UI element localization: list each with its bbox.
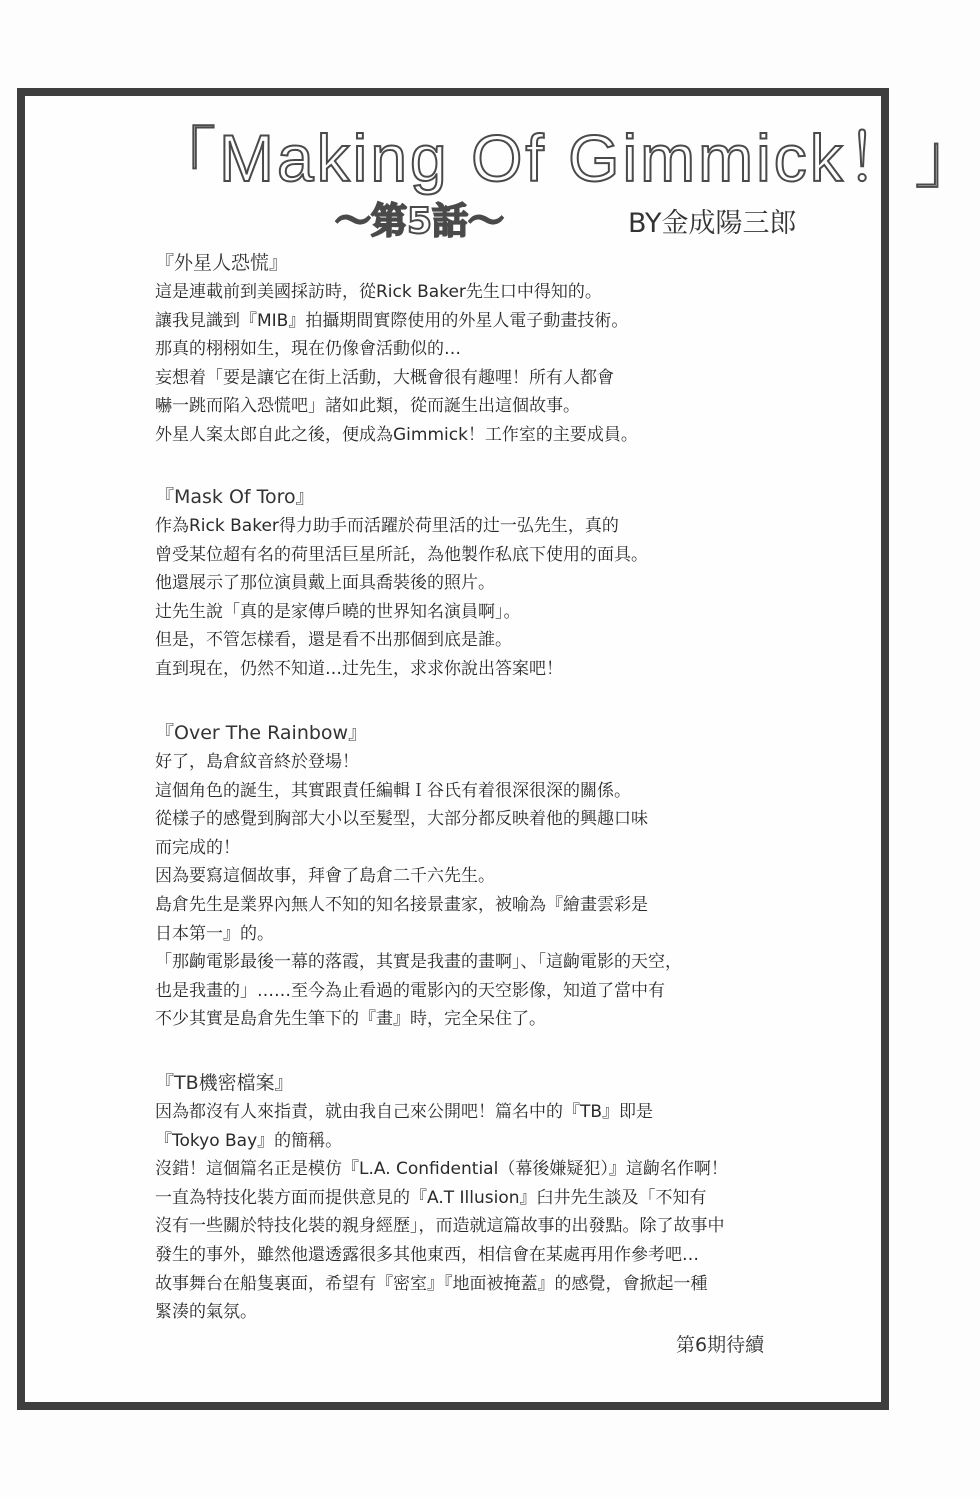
section-heading: 『Over The Rainbow』 xyxy=(155,718,795,748)
text-line: 曾受某位超有名的荷里活巨星所託，為他製作私底下使用的面具。 xyxy=(155,541,795,570)
text-line: 他還展示了那位演員戴上面具喬裝後的照片。 xyxy=(155,569,795,598)
text-line: 但是，不管怎樣看，還是看不出那個到底是誰。 xyxy=(155,626,795,655)
text-line: 「那齣電影最後一幕的落霞，其實是我畫的畫啊」、「這齣電影的天空， xyxy=(155,948,795,977)
text-line: 那真的栩栩如生，現在仍像會活動似的… xyxy=(155,335,795,364)
text-line: 從樣子的感覺到胸部大小以至髮型，大部分都反映着他的興趣口味 xyxy=(155,805,795,834)
text-line: 妄想着「要是讓它在街上活動，大概會很有趣哩！所有人都會 xyxy=(155,364,795,393)
section-heading: 『TB機密檔案』 xyxy=(155,1068,795,1098)
text-line: 這個角色的誕生，其實跟責任編輯Ｉ谷氏有着很深很深的關係。 xyxy=(155,777,795,806)
section-over-the-rainbow: 『Over The Rainbow』 好了，島倉紋音終於登場！ 這個角色的誕生，… xyxy=(155,718,795,1034)
to-be-continued: 第6期待續 xyxy=(676,1330,764,1360)
page-title: 「Making Of Gimmick！」 xyxy=(150,118,820,198)
section-heading: 『Mask Of Toro』 xyxy=(155,482,795,512)
text-line: 嚇一跳而陷入恐慌吧」諸如此類，從而誕生出這個故事。 xyxy=(155,392,795,421)
text-line: 不少其實是島倉先生筆下的『畫』時，完全呆住了。 xyxy=(155,1005,795,1034)
text-line: 緊湊的氣氛。 xyxy=(155,1298,795,1327)
text-line: 『Tokyo Bay』的簡稱。 xyxy=(155,1127,795,1156)
text-line: 島倉先生是業界內無人不知的知名接景畫家，被喻為『繪畫雲彩是 xyxy=(155,891,795,920)
text-line: 發生的事外，雖然他還透露很多其他東西，相信會在某處再用作參考吧… xyxy=(155,1241,795,1270)
text-line: 日本第一』的。 xyxy=(155,920,795,949)
author-byline: BY金成陽三郎 xyxy=(628,204,797,244)
text-line: 好了，島倉紋音終於登場！ xyxy=(155,748,795,777)
text-line: 沒錯！這個篇名正是模仿『L.A. Confidential（幕後嫌疑犯）』這齣名… xyxy=(155,1155,795,1184)
section-tb-files: 『TB機密檔案』 因為都沒有人來指責，就由我自己來公開吧！篇名中的『TB』即是 … xyxy=(155,1068,795,1327)
text-line: 因為都沒有人來指責，就由我自己來公開吧！篇名中的『TB』即是 xyxy=(155,1098,795,1127)
text-line: 作為Rick Baker得力助手而活躍於荷里活的辻一弘先生，真的 xyxy=(155,512,795,541)
text-line: 這是連載前到美國採訪時，從Rick Baker先生口中得知的。 xyxy=(155,278,795,307)
text-line: 故事舞台在船隻裏面，希望有『密室』『地面被掩蓋』的感覺，會掀起一種 xyxy=(155,1270,795,1299)
text-line: 辻先生說「真的是家傳戶曉的世界知名演員啊」。 xyxy=(155,598,795,627)
text-line: 讓我見識到『MIB』拍攝期間實際使用的外星人電子動畫技術。 xyxy=(155,307,795,336)
text-line: 因為要寫這個故事，拜會了島倉二千六先生。 xyxy=(155,862,795,891)
episode-subtitle: ～第5話～ xyxy=(335,198,504,246)
text-line: 一直為特技化裝方面而提供意見的『A.T Illusion』臼井先生談及「不知有 xyxy=(155,1184,795,1213)
section-alien-panic: 『外星人恐慌』 這是連載前到美國採訪時，從Rick Baker先生口中得知的。 … xyxy=(155,248,795,450)
text-line: 而完成的！ xyxy=(155,834,795,863)
section-mask-of-toro: 『Mask Of Toro』 作為Rick Baker得力助手而活躍於荷里活的辻… xyxy=(155,482,795,684)
text-line: 直到現在，仍然不知道…辻先生，求求你說出答案吧！ xyxy=(155,655,795,684)
text-line: 也是我畫的」……至今為止看過的電影內的天空影像，知道了當中有 xyxy=(155,977,795,1006)
text-line: 外星人案太郎自此之後，便成為Gimmick！工作室的主要成員。 xyxy=(155,421,795,450)
text-line: 沒有一些關於特技化裝的親身經歷」，而造就這篇故事的出發點。除了故事中 xyxy=(155,1212,795,1241)
section-heading: 『外星人恐慌』 xyxy=(155,248,795,278)
